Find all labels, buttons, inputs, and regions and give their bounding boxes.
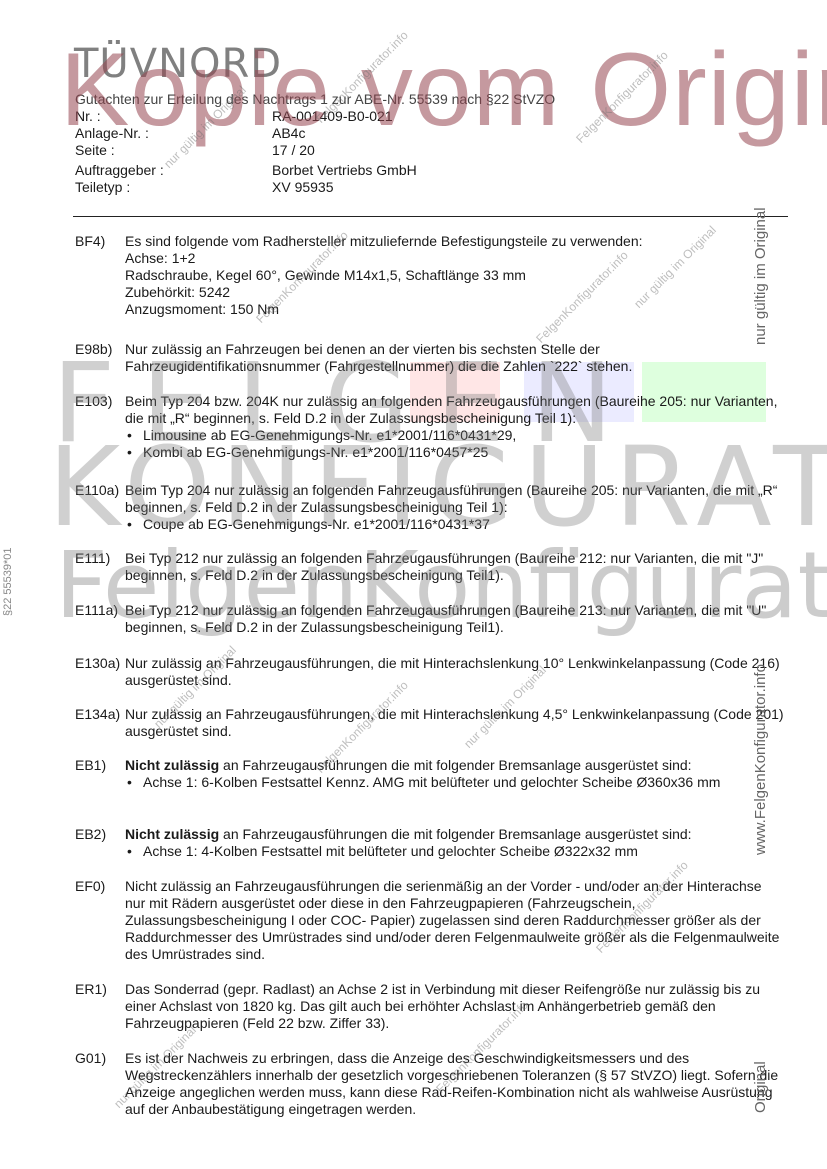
remark-code: EF0) (75, 878, 105, 895)
remark-text: Anzugsmoment: 150 Nm (125, 301, 785, 318)
field-label: Anlage-Nr. : (75, 125, 149, 142)
watermark-left-margin: §22 55539*01 (2, 547, 14, 616)
remark-text: Nur zulässig an Fahrzeugen bei denen an … (125, 341, 785, 375)
field-value: 17 / 20 (272, 142, 315, 159)
field-label: Nr. : (75, 108, 101, 125)
remark-eb1: EB1) Nicht zulässig an Fahrzeugausführun… (75, 757, 785, 791)
remark-text-rest: an Fahrzeugausführungen die mit folgende… (219, 757, 691, 773)
remark-text-rest: an Fahrzeugausführungen die mit folgende… (219, 826, 691, 842)
emphasis: Nicht zulässig (125, 757, 219, 773)
header-divider (73, 216, 788, 217)
remark-code: G01) (75, 1050, 106, 1067)
remark-e134a: E134a) Nur zulässig an Fahrzeugausführun… (75, 706, 785, 740)
field-value: AB4c (272, 125, 305, 142)
remark-g01: G01) Es ist der Nachweis zu erbringen, d… (75, 1050, 785, 1118)
remark-e130a: E130a) Nur zulässig an Fahrzeugausführun… (75, 655, 785, 689)
remark-text: Bei Typ 212 nur zulässig an folgenden Fa… (125, 550, 785, 584)
watermark-right-3: Original (752, 1061, 769, 1113)
remark-e103: E103) Beim Typ 204 bzw. 204K nur zulässi… (75, 393, 785, 461)
remark-text: Beim Typ 204 bzw. 204K nur zulässig an f… (125, 393, 785, 427)
bullet-item: Achse 1: 4-Kolben Festsattel mit belüfte… (125, 843, 785, 860)
remark-code: E98b) (75, 341, 112, 358)
remark-code: EB1) (75, 757, 106, 774)
remark-text: Beim Typ 204 nur zulässig an folgenden F… (125, 482, 785, 516)
remark-e110a: E110a) Beim Typ 204 nur zulässig an folg… (75, 482, 785, 533)
remark-eb2: EB2) Nicht zulässig an Fahrzeugausführun… (75, 826, 785, 860)
remark-er1: ER1) Das Sonderrad (gepr. Radlast) an Ac… (75, 981, 785, 1032)
field-label: Auftraggeber : (75, 162, 164, 179)
bullet-item: Achse 1: 6-Kolben Festsattel Kennz. AMG … (125, 774, 785, 791)
remark-code: ER1) (75, 981, 107, 998)
field-label: Teiletyp : (75, 179, 130, 196)
remark-code: E130a) (75, 655, 120, 672)
remark-text: Bei Typ 212 nur zulässig an folgenden Fa… (125, 602, 785, 636)
remark-ef0: EF0) Nicht zulässig an Fahrzeugausführun… (75, 878, 785, 963)
remark-code: E110a) (75, 482, 119, 499)
remark-text: Nur zulässig an Fahrzeugausführungen, di… (125, 706, 785, 740)
document-title: Gutachten zur Erteilung des Nachtrags 1 … (75, 91, 555, 107)
remark-text: Nicht zulässig an Fahrzeugausführungen d… (125, 757, 785, 774)
remark-text: Zubehörkit: 5242 (125, 284, 785, 301)
watermark-diagonal: FelgenKonfigurator.info (573, 48, 671, 146)
remark-code: BF4) (75, 233, 105, 250)
remark-text: Radschraube, Kegel 60°, Gewinde M14x1,5,… (125, 267, 785, 284)
remark-code: E111a) (75, 602, 118, 619)
bullet-item: Kombi ab EG-Genehmigungs-Nr. e1*2001/116… (125, 444, 785, 461)
remark-text: Nicht zulässig an Fahrzeugausführungen d… (125, 826, 785, 843)
remark-text: Nicht zulässig an Fahrzeugausführungen d… (125, 878, 785, 963)
watermark-right-1: nur gültig im Original (752, 207, 769, 345)
bullet-item: Coupe ab EG-Genehmigungs-Nr. e1*2001/116… (125, 516, 785, 533)
remark-code: EB2) (75, 826, 106, 843)
document-page: TÜVNORD Gutachten zur Erteilung des Nach… (0, 0, 827, 1169)
remark-e98b: E98b) Nur zulässig an Fahrzeugen bei den… (75, 341, 785, 375)
remark-code: E134a) (75, 706, 120, 723)
remark-e111a: E111a) Bei Typ 212 nur zulässig an folge… (75, 602, 785, 636)
field-value: XV 95935 (272, 179, 334, 196)
remark-text: Es ist der Nachweis zu erbringen, dass d… (125, 1050, 785, 1118)
remark-text: Das Sonderrad (gepr. Radlast) an Achse 2… (125, 981, 785, 1032)
remark-code: E111) (75, 550, 110, 567)
tuv-nord-logo: TÜVNORD (74, 44, 282, 84)
watermark-right-2: www.FelgenKonfigurator.info (752, 664, 769, 855)
emphasis: Nicht zulässig (125, 826, 219, 842)
remark-code: E103) (75, 393, 112, 410)
remark-bf4: BF4) Es sind folgende vom Radhersteller … (75, 233, 785, 318)
remark-e111: E111) Bei Typ 212 nur zulässig an folgen… (75, 550, 785, 584)
field-value: Borbet Vertriebs GmbH (272, 162, 417, 179)
bullet-item: Limousine ab EG-Genehmigungs-Nr. e1*2001… (125, 427, 785, 444)
field-label: Seite : (75, 142, 115, 159)
